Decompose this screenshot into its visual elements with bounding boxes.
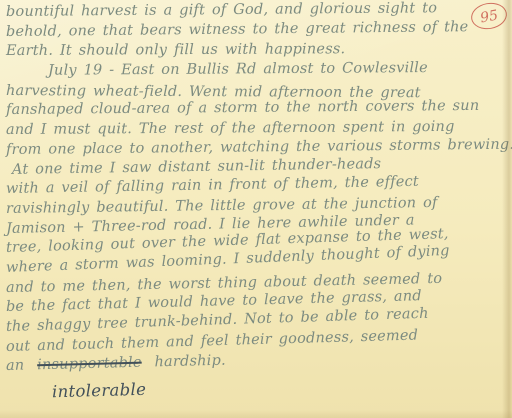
handwritten-text: bountiful harvest is a gift of God, and … (6, 3, 500, 377)
handwriting-line: behold, one that bears witness to the gr… (6, 18, 500, 43)
correction-word: intolerable (52, 380, 147, 401)
page-edge-shadow-bottom (0, 410, 512, 418)
handwriting-line-entry-date: July 19 - East on Bullis Rd almost to Co… (6, 59, 500, 82)
journal-page: 95 bountiful harvest is a gift of God, a… (0, 0, 512, 418)
struck-word: insupportable (37, 355, 142, 374)
page-edge-shadow-right (502, 0, 512, 418)
last-line-prefix: an (6, 358, 25, 374)
last-line-suffix: hardship. (154, 353, 226, 371)
